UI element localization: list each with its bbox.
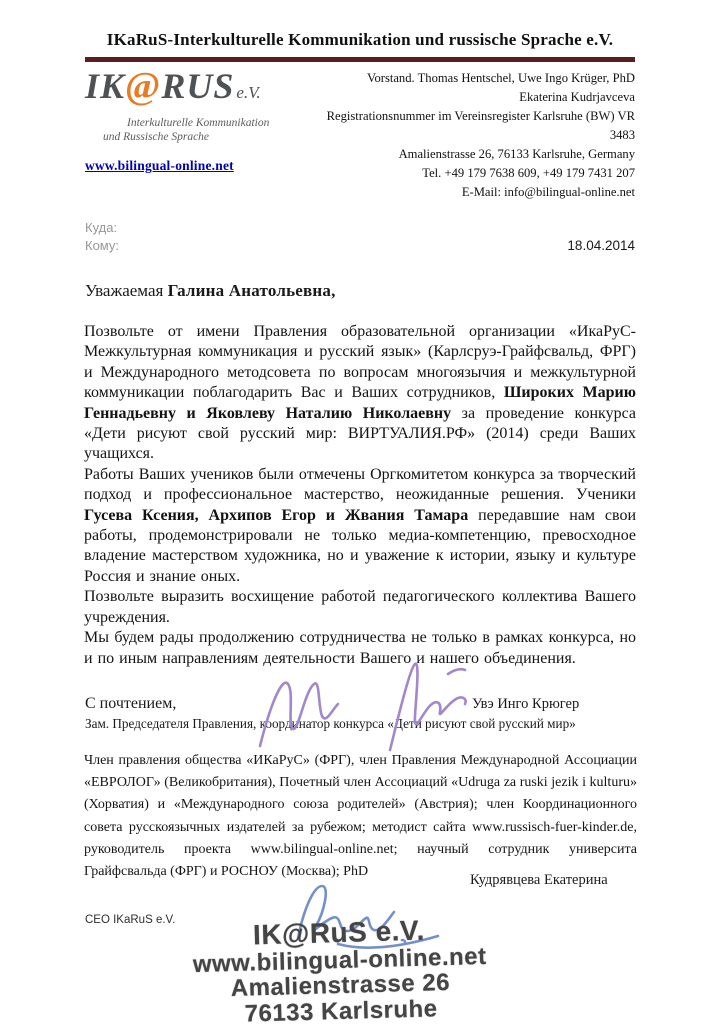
logo-tagline-line1: Interkulturelle Kommunikation (127, 117, 325, 129)
letter-date: 18.04.2014 (567, 238, 635, 253)
body-paragraph-2: Работы Ваших учеников были отмечены Оргк… (84, 465, 636, 587)
logo-text-ik: IK (85, 66, 125, 106)
contact-line-phone: Tel. +49 179 7638 609, +49 179 7431 207 (325, 164, 635, 183)
header-divider (85, 57, 635, 62)
website-link[interactable]: www.bilingual-online.net (85, 158, 234, 174)
contact-line-address: Amalienstrasse 26, 76133 Karlsruhe, Germ… (325, 145, 635, 164)
p2-bold-names: Гусева Ксения, Архипов Егор и Жвания Там… (84, 507, 468, 524)
letterhead: IK@RUSe.V. Interkulturelle Kommunikation… (85, 66, 635, 202)
contact-line-register: Registrationsnummer im Vereinsregister K… (325, 107, 635, 145)
greeting-prefix: Уважаемая (85, 281, 168, 300)
org-logo: IK@RUSe.V. Interkulturelle Kommunikation… (85, 66, 325, 202)
org-title: IKaRuS-Interkulturelle Kommunikation und… (0, 30, 720, 50)
signer-krueger-name: Увэ Инго Крюгер (472, 696, 579, 713)
letterhead-contact: Vorstand. Thomas Hentschel, Uwe Ingo Krü… (325, 66, 635, 202)
to-person-label: Кому: (85, 237, 119, 255)
contact-line-email: E-Mail: info@bilingual-online.net (325, 183, 635, 202)
logo-text-rus: RUS (161, 66, 234, 106)
recipient-name: Галина Анатольевна, (168, 281, 336, 300)
logo-text-ev: e.V. (236, 83, 260, 102)
p2-text: Работы Ваших учеников были отмечены Оргк… (84, 466, 636, 503)
body-paragraph-3: Позвольте выразить восхищение работой пе… (84, 587, 636, 628)
org-stamp: IK@RuS e.V. www.bilingual-online.net Ama… (139, 912, 542, 1024)
signature-krueger-handwriting (252, 658, 474, 759)
letter-body: Позвольте от имени Правления образовател… (84, 322, 636, 669)
to-place-label: Куда: (85, 219, 635, 237)
logo-wordmark: IK@RUSe.V. (85, 66, 325, 113)
greeting-line: Уважаемая Галина Анатольевна, (85, 281, 635, 301)
address-block: Куда: Кому: 18.04.2014 (85, 219, 635, 255)
letter-page: IKaRuS-Interkulturelle Kommunikation und… (0, 0, 720, 1024)
signer-bio-paragraph: Член правления общества «ИКаРуС» (ФРГ), … (84, 750, 637, 883)
logo-at-icon: @ (125, 65, 161, 107)
signer-kudryavceva-name: Кудрявцева Екатерина (470, 872, 608, 889)
body-paragraph-1: Позвольте от имени Правления образовател… (84, 322, 636, 465)
contact-line-vorstand: Vorstand. Thomas Hentschel, Uwe Ingo Krü… (325, 69, 635, 107)
logo-tagline-line2: und Russische Sprache (103, 131, 325, 143)
